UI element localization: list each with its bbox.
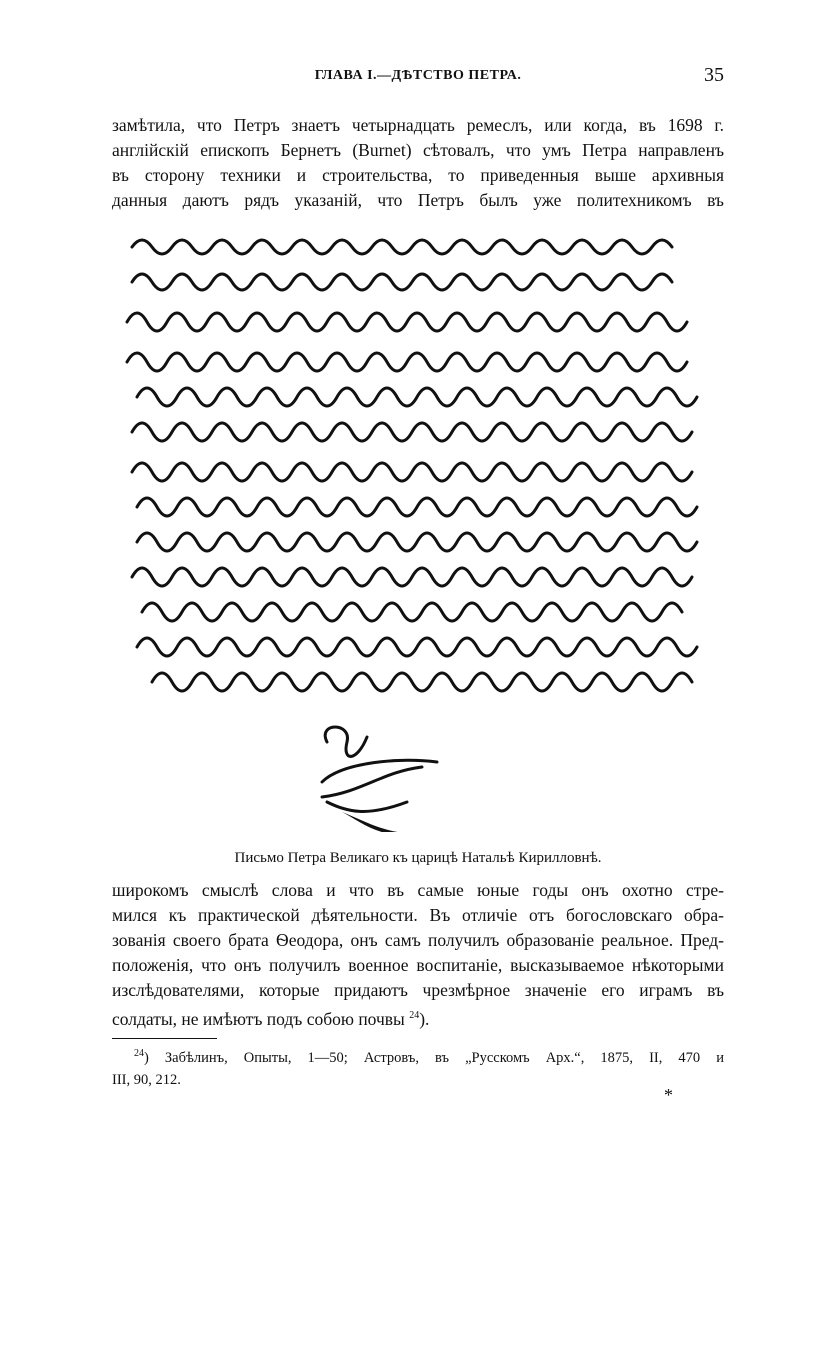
footnote-reference[interactable]: 24 bbox=[409, 1010, 419, 1021]
signature-mark: * bbox=[664, 1085, 673, 1106]
paragraph-top: замѣтила, что Петръ знаетъ четырнадцать … bbox=[112, 113, 724, 213]
text-line: положенiя, что онъ получилъ военное восп… bbox=[112, 953, 724, 978]
footnote-text: ) Забѣлинъ, Опыты, 1—50; Астровъ, въ „Ру… bbox=[144, 1050, 724, 1066]
paragraph-bottom: широкомъ смыслѣ слова и что въ самые юны… bbox=[112, 878, 724, 1032]
text-tail: ). bbox=[419, 1009, 429, 1029]
text-line: изслѣдователями, которые придаютъ чрезмѣ… bbox=[112, 978, 724, 1003]
footnote-marker: 24 bbox=[134, 1048, 144, 1059]
text-line: замѣтила, что Петръ знаетъ четырнадцать … bbox=[112, 113, 724, 138]
text-line: данныя даютъ рядъ указанiй, что Петръ бы… bbox=[112, 188, 724, 213]
text-line-last: солдаты, не имѣютъ подъ собою почвы 24). bbox=[112, 1003, 724, 1032]
page-header: ГЛАВА I.—ДѢТСТВО ПЕТРА. 35 bbox=[112, 66, 724, 90]
footnote-line: 24) Забѣлинъ, Опыты, 1—50; Астровъ, въ „… bbox=[112, 1043, 724, 1069]
text-line-content: солдаты, не имѣютъ подъ собою почвы bbox=[112, 1009, 405, 1029]
manuscript-scribble-icon bbox=[112, 222, 732, 832]
figure-caption: Письмо Петра Великаго къ царицѣ Натальѣ … bbox=[112, 850, 724, 867]
text-line: англiйскiй епископъ Бернетъ (Burnet) сѣт… bbox=[112, 138, 724, 163]
text-line: мился къ практической дѣятельности. Въ о… bbox=[112, 903, 724, 928]
text-line: широкомъ смыслѣ слова и что въ самые юны… bbox=[112, 878, 724, 903]
running-title: ГЛАВА I.—ДѢТСТВО ПЕТРА. bbox=[112, 68, 724, 84]
handwritten-letter-image bbox=[112, 222, 732, 832]
page-number: 35 bbox=[704, 64, 724, 87]
text-line: въ сторону техники и строительства, то п… bbox=[112, 163, 724, 188]
text-line: зованiя своего брата Ѳеодора, онъ самъ п… bbox=[112, 928, 724, 953]
footnote-divider bbox=[112, 1038, 217, 1039]
footnote: 24) Забѣлинъ, Опыты, 1—50; Астровъ, въ „… bbox=[112, 1043, 724, 1091]
footnote-line: III, 90, 212. bbox=[112, 1069, 724, 1091]
